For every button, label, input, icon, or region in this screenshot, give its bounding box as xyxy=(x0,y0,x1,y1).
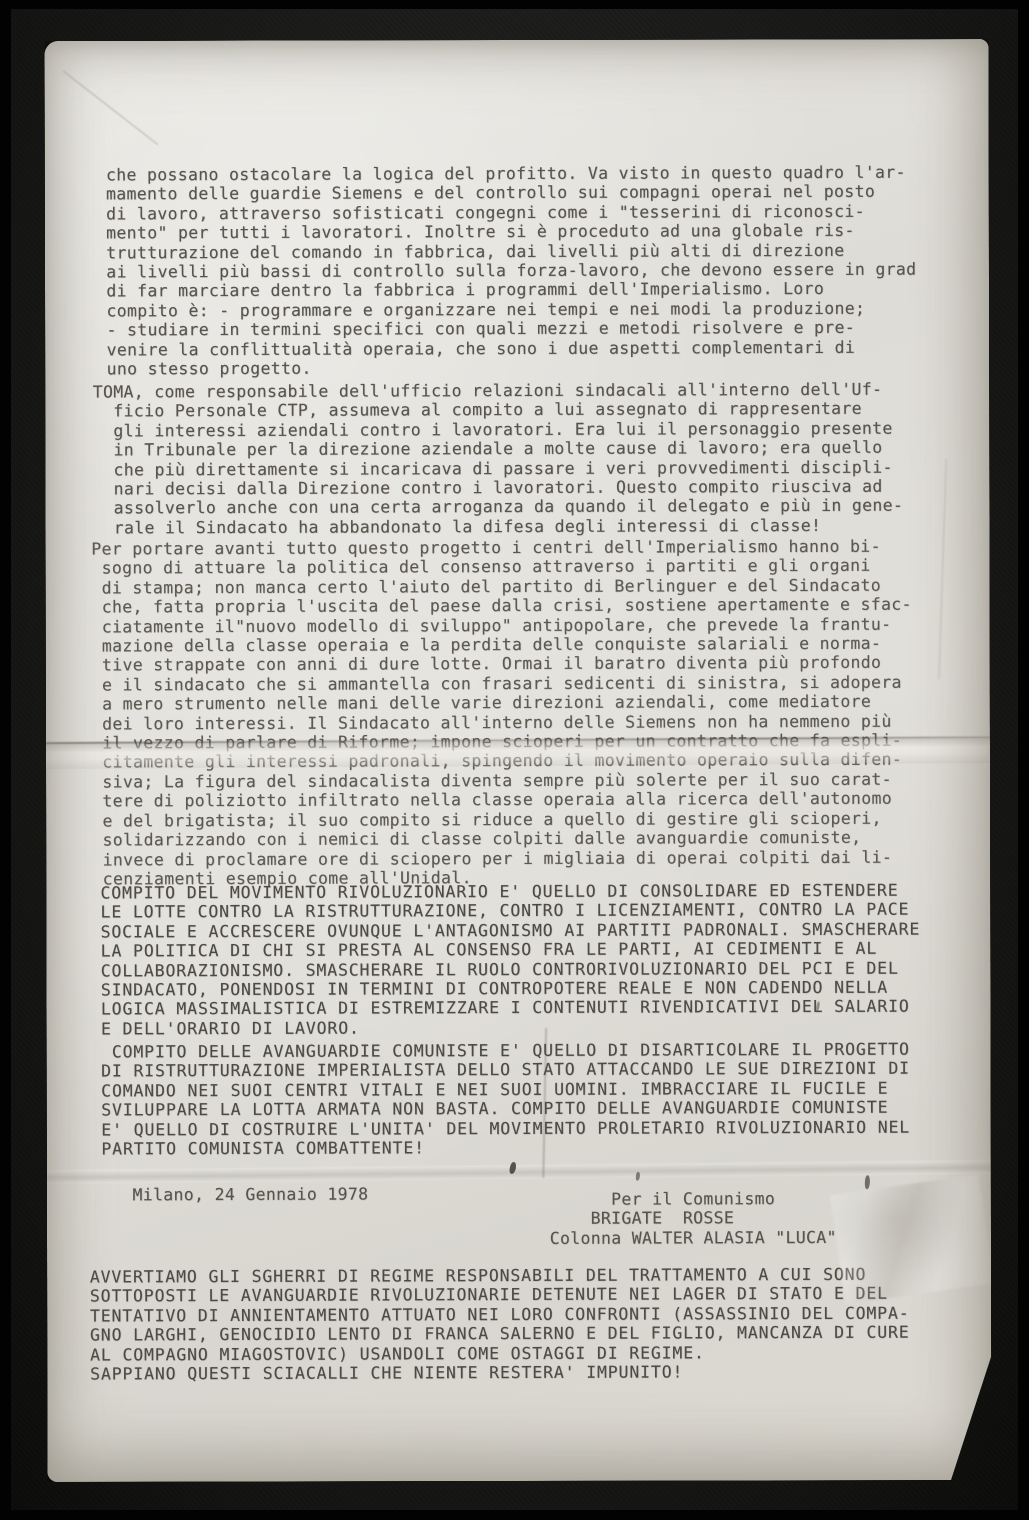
paragraph-warning: AVVERTIAMO GLI SGHERRI DI REGIME RESPONS… xyxy=(90,1265,910,1384)
paragraph-task-communist-vanguards: COMPITO DELLE AVANGUARDIE COMUNISTE E' Q… xyxy=(101,1040,910,1159)
scanned-document-photo: che possano ostacolare la logica del pro… xyxy=(0,0,1029,1520)
paragraph-consensus-politics: Per portare avanti tutto questo progetto… xyxy=(91,537,913,889)
paragraph-toma: TOMA, come responsabile dell'ufficio rel… xyxy=(93,380,904,538)
paragraph-arming-restructuring: che possano ostacolare la logica del pro… xyxy=(106,163,917,379)
typewritten-text-layer: che possano ostacolare la logica del pro… xyxy=(43,38,992,1482)
paragraph-task-revolutionary-movement: COMPITO DEL MOVIMENTO RIVOLUZIONARIO E' … xyxy=(100,881,920,1039)
document-paper: che possano ostacolare la logica del pro… xyxy=(44,39,991,1482)
signature-block: Per il Comunismo BRIGATE ROSSE Colonna W… xyxy=(549,1189,836,1248)
dateline: Milano, 24 Gennaio 1978 xyxy=(132,1185,368,1205)
